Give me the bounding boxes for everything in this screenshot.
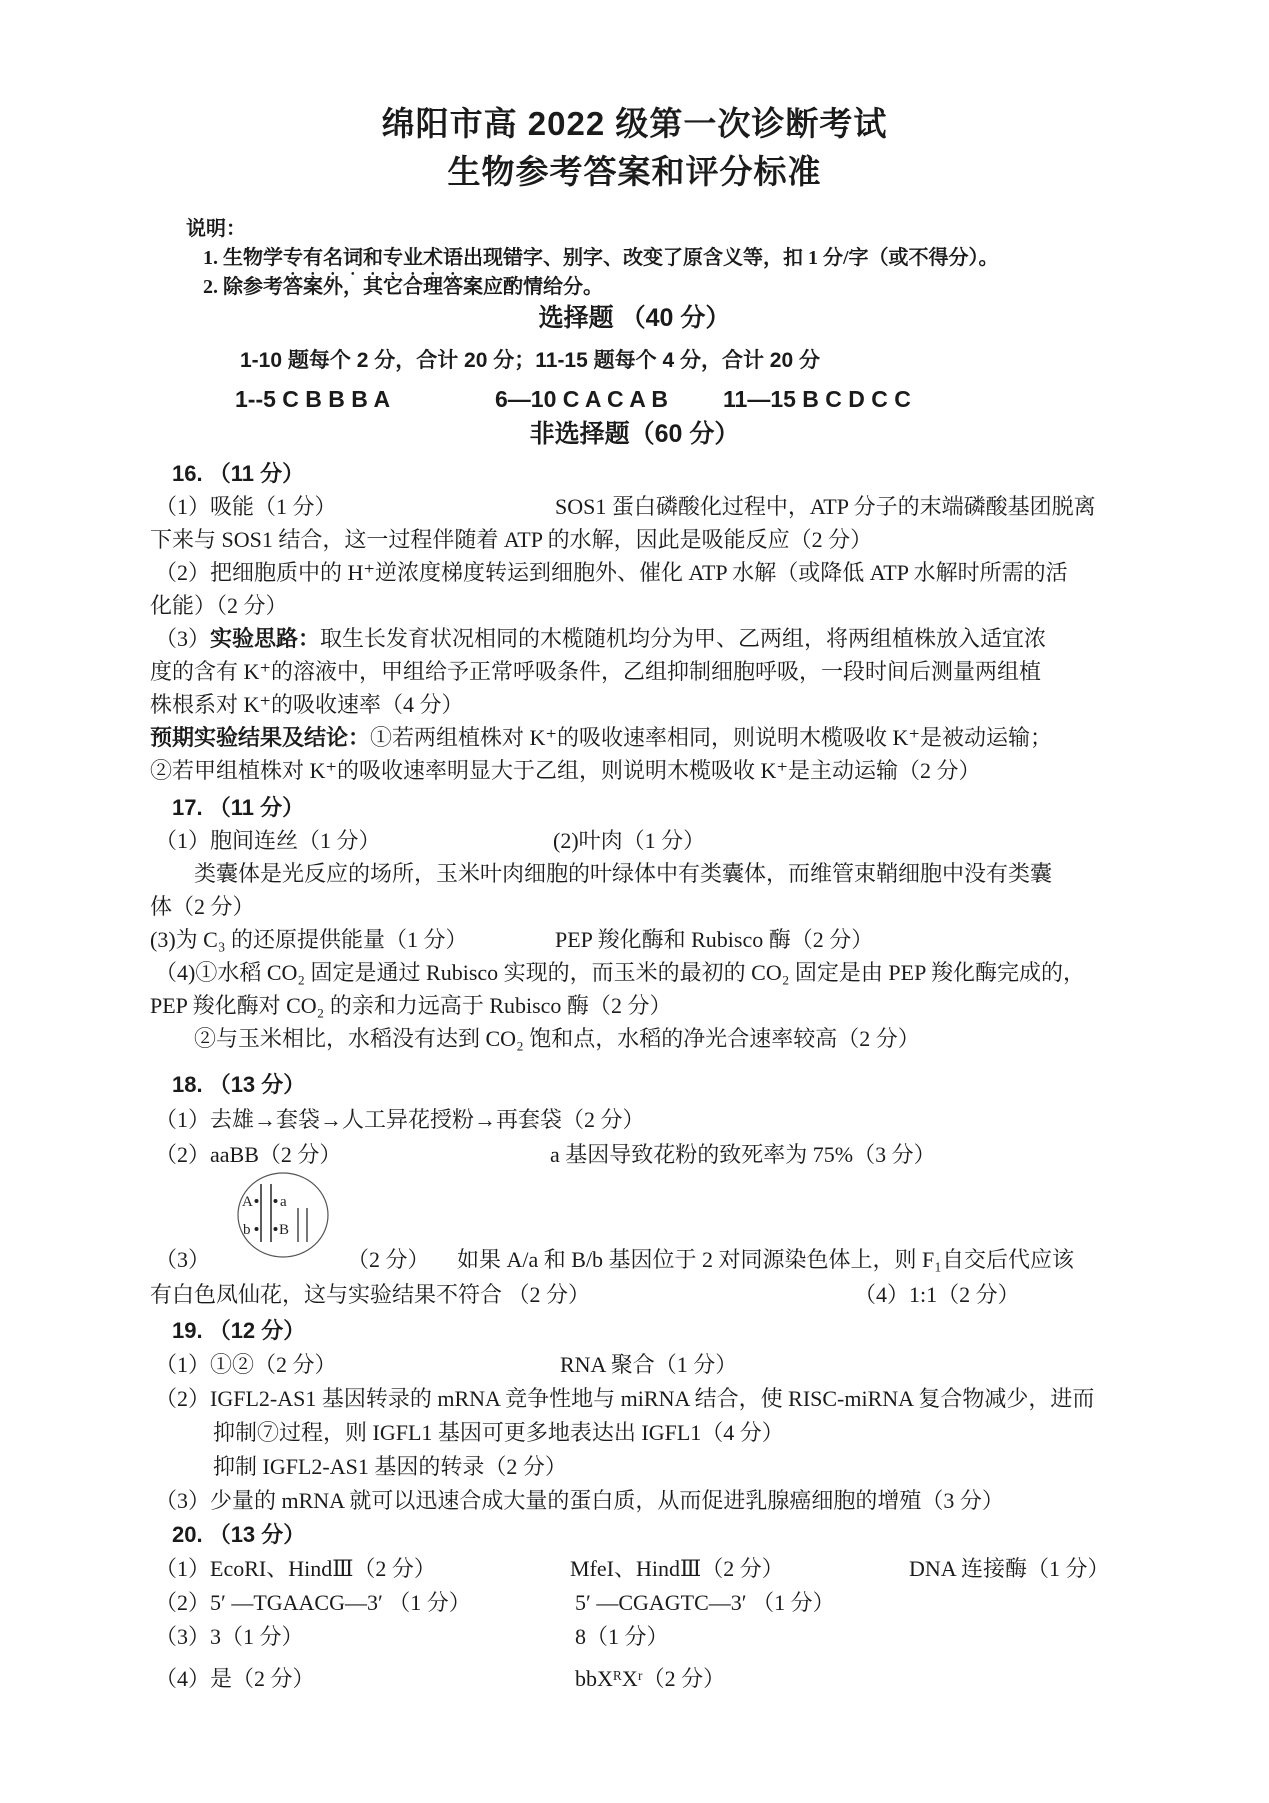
q18-header: 18. （13 分）	[150, 1067, 1119, 1102]
q20-header: 20. （13 分）	[150, 1518, 1119, 1552]
q20-answer-1b: MfeI、HindⅢ（2 分）	[570, 1552, 784, 1586]
q17-answer-3: (3)为 C₃ 的还原提供能量（1 分）	[150, 927, 468, 952]
q20-line2: （2）5′ —TGAACG—3′ （1 分） 5′ —CGAGTC—3′ （1 …	[150, 1586, 1119, 1620]
choice-scoring-note: 1-10 题每个 2 分，合计 20 分；11-15 题每个 4 分，合计 20…	[150, 344, 1119, 378]
q16-line9: ②若甲组植株对 K⁺的吸收速率明显大于乙组，则说明木榄吸收 K⁺是主动运输（2 …	[150, 754, 1119, 787]
q20-line1: （1）EcoRI、HindⅢ（2 分） MfeI、HindⅢ（2 分） DNA …	[150, 1552, 1119, 1586]
q20-answer-2a: （2）5′ —TGAACG—3′ （1 分）	[155, 1590, 471, 1615]
q19-line1: （1）①②（2 分） RNA 聚合（1 分）	[150, 1348, 1119, 1382]
exam-answer-sheet-page: 绵阳市高 2022 级第一次诊断考试 生物参考答案和评分标准 说明： 1. 生物…	[0, 0, 1269, 1803]
q18-answer-2: （2）aaBB（2 分）	[155, 1142, 341, 1167]
q16-line7: 株根系对 K⁺的吸收速率（4 分）	[150, 688, 1119, 721]
q20-line4: （4）是（2 分） bbXᴿXʳ（2 分）	[150, 1662, 1119, 1696]
q17-line3: 体（2 分）	[150, 890, 1119, 923]
q20-answer-1a: （1）EcoRI、HindⅢ（2 分）	[155, 1556, 436, 1581]
q17-header: 17. （11 分）	[150, 791, 1119, 824]
notes-item-1-suffix: 出现错字、别字、改变了原含义等，扣 1 分/字（或不得分）。	[463, 247, 999, 269]
q16-line1: （1）吸能（1 分） SOS1 蛋白磷酸化过程中，ATP 分子的末端磷酸基团脱离	[150, 490, 1119, 523]
nonchoice-section-heading: 非选择题（60 分）	[150, 416, 1119, 452]
q18-answer-4: （4）1:1（2 分）	[854, 1277, 1020, 1312]
gene-locus-dot-A	[255, 1199, 259, 1203]
q16-expected-results-text: ①若两组植株对 K⁺的吸收速率相同，则说明木榄吸收 K⁺是被动运输；	[370, 725, 1052, 750]
q19-line3: 抑制⑦过程，则 IGFL1 基因可更多地表达出 IGFL1（4 分）	[150, 1416, 1119, 1450]
q18-part3-explanation-cont: 有白色凤仙花，这与实验结果不符合 （2 分）	[150, 1282, 590, 1307]
question-17-block: 17. （11 分） （1）胞间连丝（1 分） (2)叶肉（1 分） 类囊体是光…	[150, 791, 1119, 1055]
q16-line6: 度的含有 K⁺的溶液中，甲组给予正常呼吸条件，乙组抑制细胞呼吸，一段时间后测量两…	[150, 655, 1119, 688]
allele-label-a: a	[280, 1194, 287, 1210]
q20-line3: （3）3（1 分） 8（1 分）	[150, 1620, 1119, 1654]
q16-line8: 预期实验结果及结论：①若两组植株对 K⁺的吸收速率相同，则说明木榄吸收 K⁺是被…	[150, 721, 1119, 754]
q20-answer-3b: 8（1 分）	[575, 1620, 669, 1654]
q17-line2: 类囊体是光反应的场所，玉米叶肉细胞的叶绿体中有类囊体，而维管束鞘细胞中没有类囊	[150, 857, 1119, 890]
q18-line3: （3） （2 分） 如果 A/a 和 B/b 基因位于 2 对同源染色体上，则 …	[150, 1242, 1119, 1277]
q16-experiment-idea-text: 取生长发育状况相同的木榄随机均分为甲、乙两组，将两组植株放入适宜浓	[320, 626, 1046, 651]
notes-item-1-emphasized-terms: 专有名词和专业术语	[283, 247, 463, 269]
q20-answer-4a: （4）是（2 分）	[155, 1666, 315, 1691]
question-20-block: 20. （13 分） （1）EcoRI、HindⅢ（2 分） MfeI、Hind…	[150, 1518, 1119, 1696]
q16-line2: 下来与 SOS1 结合，这一过程伴随着 ATP 的水解，因此是吸能反应（2 分）	[150, 523, 1119, 556]
document-title-line2: 生物参考答案和评分标准	[150, 148, 1119, 196]
gene-locus-dot-a	[274, 1199, 278, 1203]
q18-line1: （1）去雄→套袋→人工异花授粉→再套袋（2 分）	[150, 1102, 1119, 1137]
q16-line4: 化能）（2 分）	[150, 589, 1119, 622]
q17-line7: ②与玉米相比，水稻没有达到 CO₂ 饱和点，水稻的净光合速率较高（2 分）	[150, 1022, 1119, 1055]
question-18-block: 18. （13 分） （1）去雄→套袋→人工异花授粉→再套袋（2 分） （2）a…	[150, 1067, 1119, 1312]
q19-header: 19. （12 分）	[150, 1314, 1119, 1348]
q17-line6: PEP 羧化酶对 CO₂ 的亲和力远高于 Rubisco 酶（2 分）	[150, 989, 1119, 1022]
q19-line2: （2）IGFL2-AS1 基因转录的 mRNA 竞争性地与 miRNA 结合，使…	[150, 1382, 1119, 1416]
q16-expected-results-label: 预期实验结果及结论：	[150, 725, 370, 750]
q19-answer-1b: RNA 聚合（1 分）	[560, 1348, 737, 1382]
q19-line4: 抑制 IGFL2-AS1 基因的转录（2 分）	[150, 1450, 1119, 1484]
q17-line1: （1）胞间连丝（1 分） (2)叶肉（1 分）	[150, 824, 1119, 857]
notes-label: 说明：	[150, 215, 1119, 244]
answers-1-5: 1--5 C B B B A	[150, 386, 390, 412]
notes-item-1-prefix: 1. 生物学	[203, 247, 283, 269]
q18-line2: （2）aaBB（2 分） a 基因导致花粉的致死率为 75%（3 分）	[150, 1137, 1119, 1172]
q18-part3-score: （2 分）	[347, 1242, 430, 1277]
q18-part3-marker: （3）	[155, 1247, 210, 1272]
q20-answer-2b: 5′ —CGAGTC—3′ （1 分）	[575, 1586, 835, 1620]
notes-item-1: 1. 生物学专有名词和专业术语出现错字、别字、改变了原含义等，扣 1 分/字（或…	[150, 244, 1119, 273]
gene-locus-dot-B	[274, 1227, 278, 1231]
question-19-block: 19. （12 分） （1）①②（2 分） RNA 聚合（1 分） （2）IGF…	[150, 1314, 1119, 1518]
q17-answer-1: （1）胞间连丝（1 分）	[155, 828, 381, 853]
q20-answer-1c: DNA 连接酶（1 分）	[909, 1552, 1109, 1586]
q17-line5: （4)①水稻 CO₂ 固定是通过 Rubisco 实现的，而玉米的最初的 CO₂…	[150, 956, 1119, 989]
notes-item-2: 2. 除参考答案外，其它合理答案应酌情给分。	[150, 273, 1119, 302]
answers-6-10: 6—10 C A C A B	[495, 382, 668, 416]
content-column: 绵阳市高 2022 级第一次诊断考试 生物参考答案和评分标准 说明： 1. 生物…	[150, 0, 1119, 1696]
q16-part3-marker: （3）	[155, 626, 210, 651]
q16-header: 16. （11 分）	[150, 457, 1119, 490]
q16-line3: （2）把细胞质中的 H⁺逆浓度梯度转运到细胞外、催化 ATP 水解（或降低 AT…	[150, 556, 1119, 589]
q19-answer-1: （1）①②（2 分）	[155, 1352, 337, 1377]
allele-label-A: A	[242, 1194, 253, 1210]
q16-line5: （3）实验思路：取生长发育状况相同的木榄随机均分为甲、乙两组，将两组植株放入适宜…	[150, 622, 1119, 655]
q16-answer-1: （1）吸能（1 分）	[155, 494, 337, 519]
document-title-line1: 绵阳市高 2022 级第一次诊断考试	[150, 100, 1119, 148]
q16-explanation-start: SOS1 蛋白磷酸化过程中，ATP 分子的末端磷酸基团脱离	[555, 490, 1096, 523]
q18-line4: 有白色凤仙花，这与实验结果不符合 （2 分） （4）1:1（2 分）	[150, 1277, 1119, 1312]
question-16-block: 16. （11 分） （1）吸能（1 分） SOS1 蛋白磷酸化过程中，ATP …	[150, 457, 1119, 787]
answers-11-15: 11—15 B C D C C	[723, 382, 911, 416]
q16-experiment-idea-label: 实验思路：	[210, 626, 320, 651]
q19-line5: （3）少量的 mRNA 就可以迅速合成大量的蛋白质，从而促进乳腺癌细胞的增殖（3…	[150, 1484, 1119, 1518]
choice-section-heading: 选择题 （40 分）	[150, 302, 1119, 334]
q17-answer-2: (2)叶肉（1 分）	[553, 824, 705, 857]
q17-line4: (3)为 C₃ 的还原提供能量（1 分） PEP 羧化酶和 Rubisco 酶（…	[150, 923, 1119, 956]
q20-answer-3a: （3）3（1 分）	[155, 1624, 304, 1649]
allele-label-B: B	[279, 1222, 289, 1238]
gene-locus-dot-b	[255, 1227, 259, 1231]
q20-answer-4b: bbXᴿXʳ（2 分）	[575, 1662, 725, 1696]
q18-answer-2b: a 基因导致花粉的致死率为 75%（3 分）	[550, 1137, 936, 1172]
q17-answer-3b: PEP 羧化酶和 Rubisco 酶（2 分）	[555, 923, 873, 956]
choice-answers-line: 1--5 C B B B A 6—10 C A C A B 11—15 B C …	[150, 382, 1119, 416]
q18-part3-explanation: 如果 A/a 和 B/b 基因位于 2 对同源染色体上，则 F₁自交后代应该	[457, 1242, 1074, 1277]
allele-label-b: b	[243, 1222, 251, 1238]
